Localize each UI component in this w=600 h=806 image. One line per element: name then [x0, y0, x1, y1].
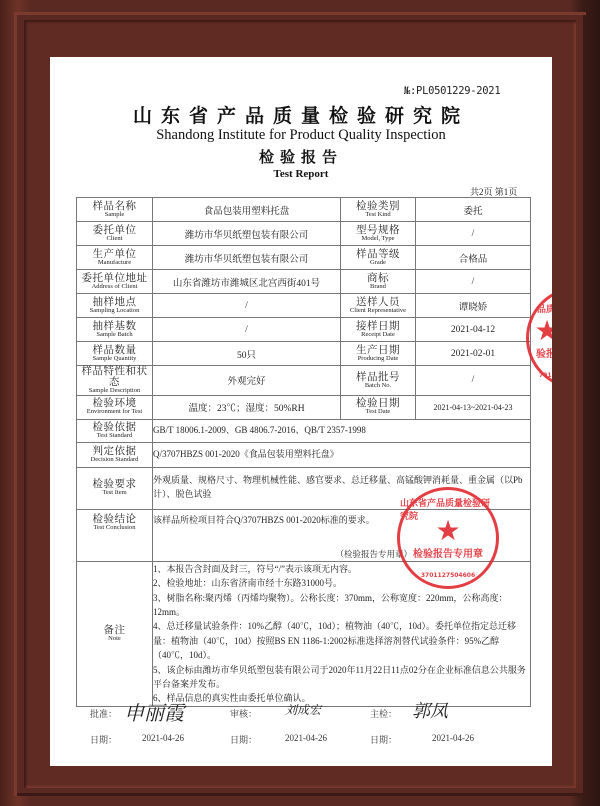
test-date-value: 2021-04-13~2021-04-23: [416, 395, 531, 419]
review-signature: 刘成宏: [285, 701, 321, 718]
model-type-value: /: [416, 222, 531, 246]
note-line: 4、总迁移量试验条件：10%乙醇（40℃，10d）；植物油（40℃，10d）。委…: [153, 619, 530, 662]
approve-signature: 申丽霞: [124, 697, 184, 726]
table-row: 委托单位地址Address of Client 山东省潍坊市潍城区北宫西街401…: [77, 270, 531, 294]
receipt-date-value: 2021-04-12: [416, 318, 531, 342]
approve-label: 批准：: [90, 707, 117, 720]
label-cell: 样品批号Batch No.: [341, 366, 416, 396]
batch-no-value: /: [416, 366, 531, 396]
sample-quantity-value: 50只: [153, 342, 341, 366]
institute-name-en: Shandong Institute for Product Quality I…: [50, 127, 552, 144]
inspector-date: 2021-04-26: [432, 733, 474, 743]
label-cell: 检验日期Test Date: [341, 395, 416, 419]
label-cell: 样品数量Sample Quantity: [77, 342, 153, 366]
date-label: 日期：: [230, 733, 257, 746]
inspector-label: 主检：: [370, 707, 397, 720]
note-value: 1、本报告含封面及封三，符号“/”表示该项无内容。 2、检验地址：山东省济南市经…: [153, 561, 531, 706]
label-cell: 检验类别Test Kind: [341, 198, 416, 222]
client-value: 潍坊市华贝纸塑包装有限公司: [153, 222, 341, 246]
environment-value: 温度：23℃；湿度：50%RH: [153, 395, 341, 419]
stamp-code: 3701127504606: [421, 572, 475, 579]
label-cell: 抽样地点Sampling Location: [77, 294, 153, 318]
label-cell: 委托单位地址Address of Client: [77, 270, 153, 294]
note-line: 6、样品信息的真实性由委托单位确认。: [153, 691, 530, 705]
label-cell: 接样日期Receipt Date: [341, 318, 416, 342]
label-cell: 检验依据Test Standard: [77, 419, 153, 442]
table-row: 样品数量Sample Quantity 50只 生产日期Producing Da…: [77, 342, 531, 366]
report-title-cn: 检验报告: [50, 146, 552, 167]
review-date: 2021-04-26: [285, 733, 327, 743]
label-cell: 检验环境Environment for Test: [77, 395, 153, 419]
label-cell: 送样人员Client Representative: [341, 294, 416, 318]
label-cell: 备注Note: [77, 561, 153, 706]
manufacture-value: 潍坊市华贝纸塑包装有限公司: [153, 246, 341, 270]
table-row: 样品名称Sample 食品包装用塑料托盘 检验类别Test Kind 委托: [77, 198, 531, 222]
conclusion-text: 该样品所检项目符合Q/3707HBZS 001-2020标准的要求。: [153, 515, 375, 525]
report-number: №:PL0501229-2021: [404, 85, 500, 97]
table-row: 委托单位Client 潍坊市华贝纸塑包装有限公司 型号规格Model, Type…: [77, 222, 531, 246]
sampling-location-value: /: [153, 294, 341, 318]
decision-standard-value: Q/3707HBZS 001-2020《食品包装用塑料托盘》: [153, 442, 531, 467]
note-line: 5、该企标由潍坊市华贝纸塑包装有限公司于2020年11月22日11点02分在企业…: [153, 663, 530, 692]
label-cell: 商标Brand: [341, 270, 416, 294]
sample-description-value: 外观完好: [153, 366, 341, 396]
table-row: 检验依据Test Standard GB/T 18006.1-2009、GB 4…: [77, 419, 531, 442]
table-row: 判定依据Decision Standard Q/3707HBZS 001-202…: [77, 442, 531, 467]
table-row: 样品特性和状态Sample Description 外观完好 样品批号Batch…: [77, 366, 531, 396]
label-cell: 样品特性和状态Sample Description: [77, 366, 153, 396]
grade-value: 合格品: [416, 246, 531, 270]
client-representative-value: 谭晓娇: [416, 294, 531, 318]
stamp-ring-text: 品质: [537, 302, 552, 315]
stamp-code: 701127: [539, 372, 552, 379]
table-row: 生产单位Manufacture 潍坊市华贝纸塑包装有限公司 样品等级Grade …: [77, 246, 531, 270]
certificate-paper: №:PL0501229-2021 山东省产品质量检验研究院 Shandong I…: [50, 57, 552, 766]
label-cell: 生产单位Manufacture: [77, 246, 153, 270]
note-line: 3、树脂名称:聚丙烯（丙烯均聚物）。公称长度：370mm，公称宽度：220mm，…: [153, 591, 530, 620]
test-kind-value: 委托: [416, 198, 531, 222]
table-row: 检验环境Environment for Test 温度：23℃；湿度：50%RH…: [77, 395, 531, 419]
official-seal-stamp: 山东省产品质量检验研究院 ★ 检验报告专用章 3701127504606: [397, 487, 499, 589]
institute-name-cn: 山东省产品质量检验研究院: [50, 101, 552, 128]
label-cell: 型号规格Model, Type: [341, 222, 416, 246]
report-title-en: Test Report: [50, 168, 552, 180]
brand-value: /: [416, 270, 531, 294]
date-label: 日期：: [90, 733, 117, 746]
sample-name-value: 食品包装用塑料托盘: [153, 198, 341, 222]
stamp-center-text: 验报告: [536, 345, 552, 360]
stamp-center-text: 检验报告专用章: [413, 545, 483, 560]
sample-batch-value: /: [153, 318, 341, 342]
star-icon: ★: [534, 317, 552, 345]
review-label: 审核：: [230, 707, 257, 720]
edge-seal-clip: 品质 ★ 验报告 701127: [526, 273, 552, 397]
label-cell: 样品等级Grade: [341, 246, 416, 270]
label-cell: 抽样基数Sample Batch: [77, 318, 153, 342]
edge-seal-stamp: 品质 ★ 验报告 701127: [526, 287, 552, 389]
stamp-ring-text: 山东省产品质量检验研究院: [400, 496, 496, 522]
producing-date-value: 2021-02-01: [416, 342, 531, 366]
table-row: 抽样地点Sampling Location / 送样人员Client Repre…: [77, 294, 531, 318]
approve-date: 2021-04-26: [142, 733, 184, 743]
report-table: 样品名称Sample 食品包装用塑料托盘 检验类别Test Kind 委托 委托…: [76, 197, 531, 707]
label-cell: 检验要求Test Item: [77, 467, 153, 509]
test-standard-value: GB/T 18006.1-2009、GB 4806.7-2016、QB/T 23…: [153, 419, 531, 442]
label-cell: 判定依据Decision Standard: [77, 442, 153, 467]
label-cell: 生产日期Producing Date: [341, 342, 416, 366]
label-cell: 检验结论Test Conclusion: [77, 509, 153, 561]
date-label: 日期：: [370, 733, 397, 746]
inspector-signature: 郭凤: [412, 697, 448, 723]
client-address-value: 山东省潍坊市潍城区北宫西街401号: [153, 270, 341, 294]
label-cell: 委托单位Client: [77, 222, 153, 246]
table-row: 抽样基数Sample Batch / 接样日期Receipt Date 2021…: [77, 318, 531, 342]
label-cell: 样品名称Sample: [77, 198, 153, 222]
